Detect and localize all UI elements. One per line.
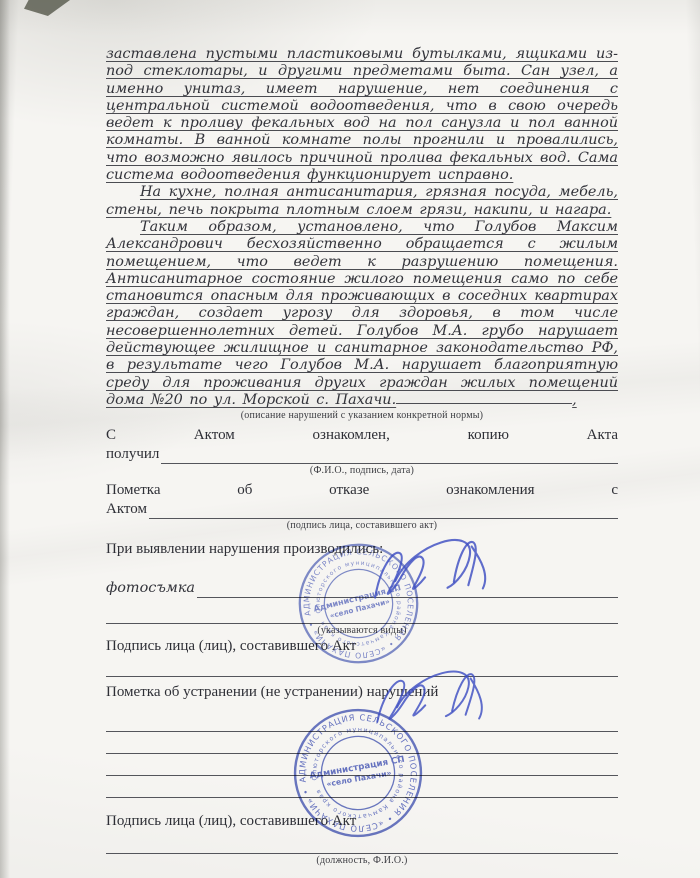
signature-slash bbox=[450, 674, 483, 721]
photo-left-edge-shadow bbox=[0, 0, 10, 878]
blank-fill-line bbox=[106, 840, 618, 854]
caption-position-fio: (должность, Ф.И.О.) bbox=[106, 855, 618, 867]
blank-fill-line bbox=[396, 392, 572, 404]
act-label: Актом bbox=[106, 500, 147, 519]
blank-fill-line bbox=[149, 505, 618, 519]
caption-violation-norm: (описание нарушений с указанием конкретн… bbox=[106, 410, 618, 422]
trailing-comma: , bbox=[572, 392, 577, 408]
caption-fio-signature-date: (Ф.И.О., подпись, дата) bbox=[106, 465, 618, 477]
scanned-act-document: заставлена пустыми пластиковыми бутылкам… bbox=[0, 0, 700, 878]
photo-corner-shadow bbox=[24, 0, 70, 16]
acknowledgement-line: С Актом ознакомлен, копию Акта bbox=[106, 426, 618, 445]
signature-slash bbox=[449, 541, 486, 592]
blank-fill-line bbox=[161, 450, 618, 464]
paragraph-conclusion: Таким образом, установлено, что Голубов … bbox=[106, 219, 618, 409]
signature-flourish bbox=[395, 670, 471, 719]
refusal-act-row: Актом bbox=[106, 500, 618, 519]
handwritten-signature-lower bbox=[368, 661, 504, 732]
removal-note-label: Пометка об устранении (не устранении) на… bbox=[106, 683, 618, 702]
acknowledgement-received-row: получил bbox=[106, 445, 618, 464]
paragraph-kitchen-condition: На кухне, полная антисанитария, грязная … bbox=[106, 184, 618, 219]
received-label: получил bbox=[106, 445, 159, 464]
photo-survey-entry: фотосъмка bbox=[106, 579, 195, 598]
conclusion-text: Таким образом, установлено, что Голубов … bbox=[106, 219, 618, 408]
paragraph-premises-condition: заставлена пустыми пластиковыми бутылкам… bbox=[106, 46, 618, 184]
refusal-note-line: Пометка об отказе ознакомления с bbox=[106, 481, 618, 500]
caption-signer-of-act: (подпись лица, составившего акт) bbox=[106, 520, 618, 532]
signature-flourish bbox=[391, 538, 474, 594]
